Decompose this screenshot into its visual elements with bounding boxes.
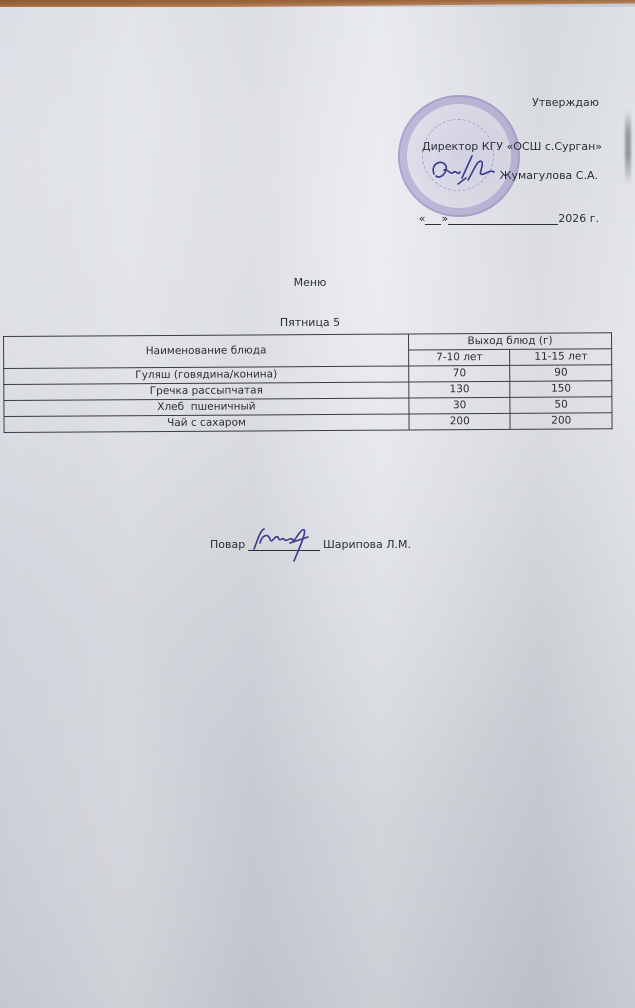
yield-11-15-cell: 50 <box>510 397 612 414</box>
director-signature-icon <box>428 150 498 194</box>
yield-7-10-cell: 200 <box>409 413 511 430</box>
dish-cell: Чай с сахаром <box>4 414 409 432</box>
director-name: Жумагулова С.А. <box>500 169 598 182</box>
yield-7-10-cell: 30 <box>409 397 511 414</box>
yield-11-15-cell: 90 <box>510 365 612 382</box>
document-title: Меню <box>0 276 620 289</box>
column-header-age-11-15: 11-15 лет <box>510 349 612 366</box>
document-sheet <box>0 7 635 1008</box>
column-header-yield: Выход блюд (г) <box>408 333 611 350</box>
cook-name: Шарипова Л.М. <box>323 538 411 551</box>
director-position: Директор КГУ «ОСШ с.Сурган» <box>422 140 602 153</box>
cook-signature-icon <box>250 521 320 567</box>
month-blank <box>448 214 558 225</box>
date-close-quote: » <box>441 212 448 225</box>
date-year: 2026 г. <box>558 212 599 225</box>
table-row: Чай с сахаром 200 200 <box>4 413 612 433</box>
yield-7-10-cell: 70 <box>409 365 511 382</box>
approval-date-line: « » 2026 г. <box>419 212 599 225</box>
cook-label: Повар <box>210 538 245 551</box>
document-subtitle: Пятница 5 <box>0 316 620 329</box>
column-header-age-7-10: 7-10 лет <box>409 349 511 366</box>
menu-table: Наименование блюда Выход блюд (г) 7-10 л… <box>3 332 613 433</box>
yield-11-15-cell: 150 <box>510 381 612 398</box>
approval-heading: Утверждаю <box>532 96 599 109</box>
yield-7-10-cell: 130 <box>409 381 511 398</box>
paper-edge-shadow <box>625 110 631 185</box>
date-open-quote: « <box>419 212 426 225</box>
yield-11-15-cell: 200 <box>510 413 612 430</box>
day-blank <box>425 214 441 225</box>
column-header-dish: Наименование блюда <box>4 334 409 368</box>
